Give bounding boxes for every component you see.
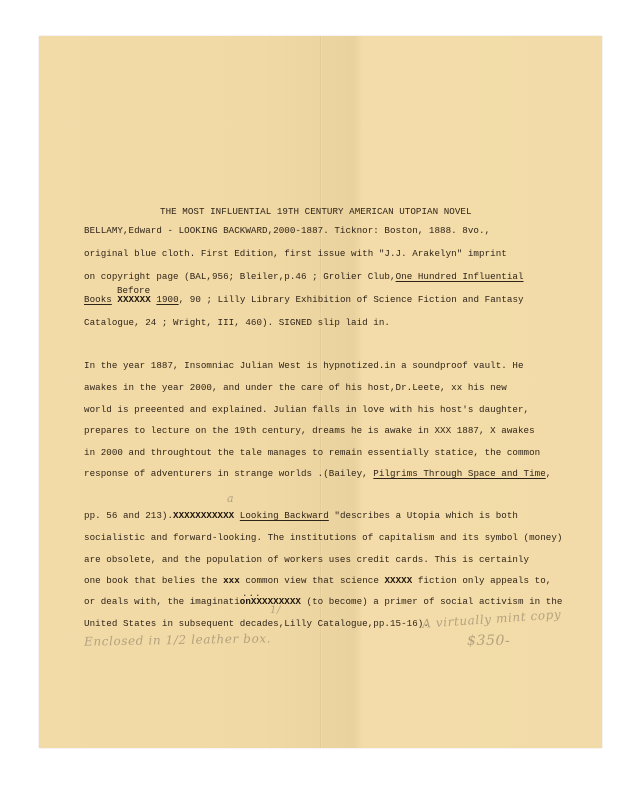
- document-title: THE MOST INFLUENTIAL 19TH CENTURY AMERIC…: [160, 207, 472, 216]
- quotation-start: "describes a Utopia which is both: [329, 510, 518, 521]
- body-line-4: prepares to lecture on the 19th century,…: [84, 426, 535, 435]
- underlined-book-title: Looking Backward: [240, 510, 329, 521]
- body-line-11-text: or deals with, the imaginati: [84, 596, 240, 607]
- struck-out-text: XXXXXX: [117, 294, 150, 305]
- body-line-10: one book that belies the xxx common view…: [84, 576, 551, 585]
- entry-line-1: BELLAMY,Edward - LOOKING BACKWARD,2000-1…: [84, 226, 490, 235]
- body-line-9: are obsolete, and the population of work…: [84, 555, 529, 564]
- body-line-6-end: ,: [546, 468, 552, 479]
- body-line-12: United States in subsequent decades,Lill…: [84, 619, 429, 628]
- struck-out-text: XXXXX: [384, 575, 412, 586]
- body-line-10-end: fiction only appeals to,: [412, 575, 551, 586]
- pencil-tick: 1/: [270, 605, 281, 616]
- underlined-citation: Pilgrims Through Space and Time: [373, 468, 545, 479]
- body-line-2: awakes in the year 2000, and under the c…: [84, 383, 507, 392]
- entry-line-2: original blue cloth. First Edition, firs…: [84, 249, 507, 258]
- underlined-title: One Hundred Influential: [396, 271, 524, 282]
- pencil-price: $350-: [467, 633, 510, 649]
- underlined-books: Books: [84, 294, 112, 305]
- body-line-1: In the year 1887, Insomniac Julian West …: [84, 361, 524, 370]
- body-line-11: or deals with, the imaginationXXXXXXXXX …: [84, 597, 562, 606]
- body-line-10-text: one book that belies the: [84, 575, 223, 586]
- underlined-year: 1900: [156, 294, 178, 305]
- body-line-7-text: pp. 56 and 213).: [84, 510, 173, 521]
- entry-line-3-text: on copyright page (BAL,956; Bleiler,p.46…: [84, 271, 396, 282]
- entry-line-4-text: , 90 ; Lilly Library Exhibition of Scien…: [179, 294, 524, 305]
- struck-out-text: xxx: [223, 575, 240, 586]
- entry-line-5: Catalogue, 24 ; Wright, III, 460). SIGNE…: [84, 318, 390, 327]
- body-line-6-text: response of adventurers in strange world…: [84, 468, 373, 479]
- struck-out-text: XXXXXXXXXXX: [173, 510, 234, 521]
- body-line-6: response of adventurers in strange world…: [84, 469, 551, 478]
- body-line-7: pp. 56 and 213).XXXXXXXXXXX Looking Back…: [84, 511, 518, 520]
- entry-line-3: on copyright page (BAL,956; Bleiler,p.46…: [84, 272, 524, 281]
- body-line-8: socialistic and forward-looking. The ins…: [84, 533, 562, 542]
- body-line-10-mid: common view that science: [240, 575, 385, 586]
- body-line-11-end: (to become) a primer of social activism …: [301, 596, 562, 607]
- body-line-3: world is preeented and explained. Julian…: [84, 405, 529, 414]
- pencil-insert-mark: a: [227, 492, 234, 505]
- entry-line-4: Books XXXXXX 1900, 90 ; Lilly Library Ex…: [84, 295, 524, 304]
- body-line-5: in 2000 and throughtout the tale manages…: [84, 448, 540, 457]
